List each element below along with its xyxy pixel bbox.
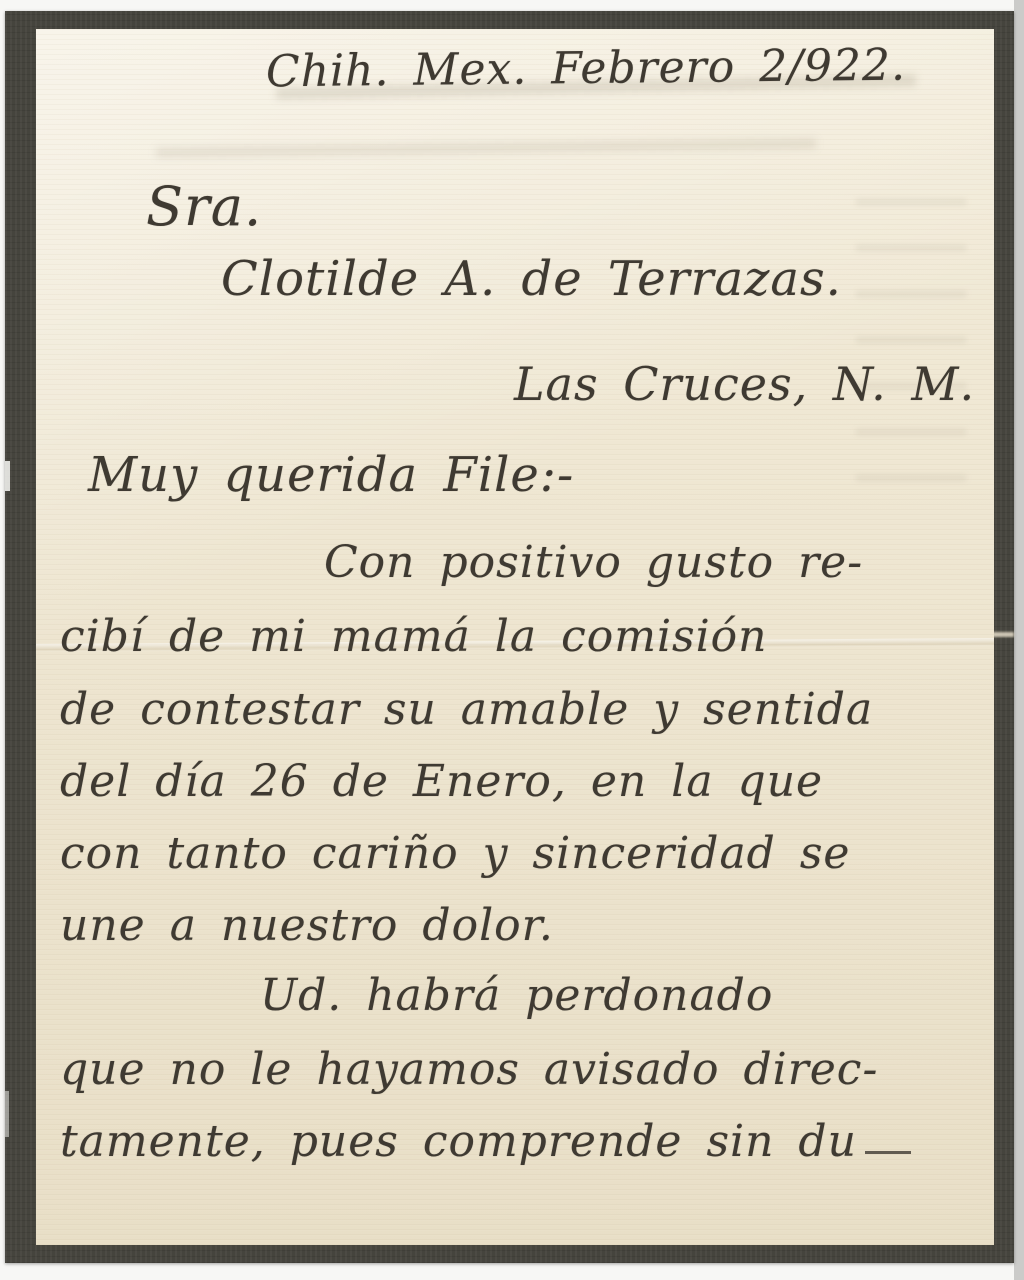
border-scratch	[5, 461, 10, 491]
body-line: de contestar su amable y sentida	[60, 684, 873, 735]
crease-notch	[992, 632, 1014, 637]
body-line: del día 26 de Enero, en la que	[60, 756, 823, 807]
scan-background: Chih. Mex. Febrero 2/922. Sra. Clotilde …	[0, 0, 1024, 1280]
body-line: une a nuestro dolor.	[60, 900, 554, 951]
body-line: tamente, pues comprende sin du	[60, 1116, 911, 1167]
body-line-text: tamente, pues comprende sin du	[60, 1116, 857, 1167]
body-line: que no le hayamos avisado direc-	[60, 1044, 878, 1095]
scan-edge-strip	[1014, 0, 1024, 1280]
mourning-border: Chih. Mex. Febrero 2/922. Sra. Clotilde …	[5, 11, 1014, 1263]
body-line: cibí de mi mamá la comisión	[60, 611, 768, 662]
recipient-salutation: Sra.	[146, 175, 262, 238]
ghost-writing-mark	[156, 138, 816, 157]
greeting: Muy querida File:-	[88, 447, 574, 503]
body-line: Con positivo gusto re-	[324, 537, 863, 588]
recipient-name: Clotilde A. de Terrazas.	[221, 251, 842, 307]
border-scratch	[5, 1091, 9, 1137]
body-line: con tanto cariño y sinceridad se	[60, 828, 850, 879]
dateline: Chih. Mex. Febrero 2/922.	[266, 40, 906, 98]
body-line: Ud. habrá perdonado	[260, 970, 773, 1021]
recipient-location: Las Cruces, N. M.	[514, 357, 975, 411]
letter-paper: Chih. Mex. Febrero 2/922. Sra. Clotilde …	[36, 29, 994, 1245]
continuation-dash	[865, 1151, 911, 1154]
